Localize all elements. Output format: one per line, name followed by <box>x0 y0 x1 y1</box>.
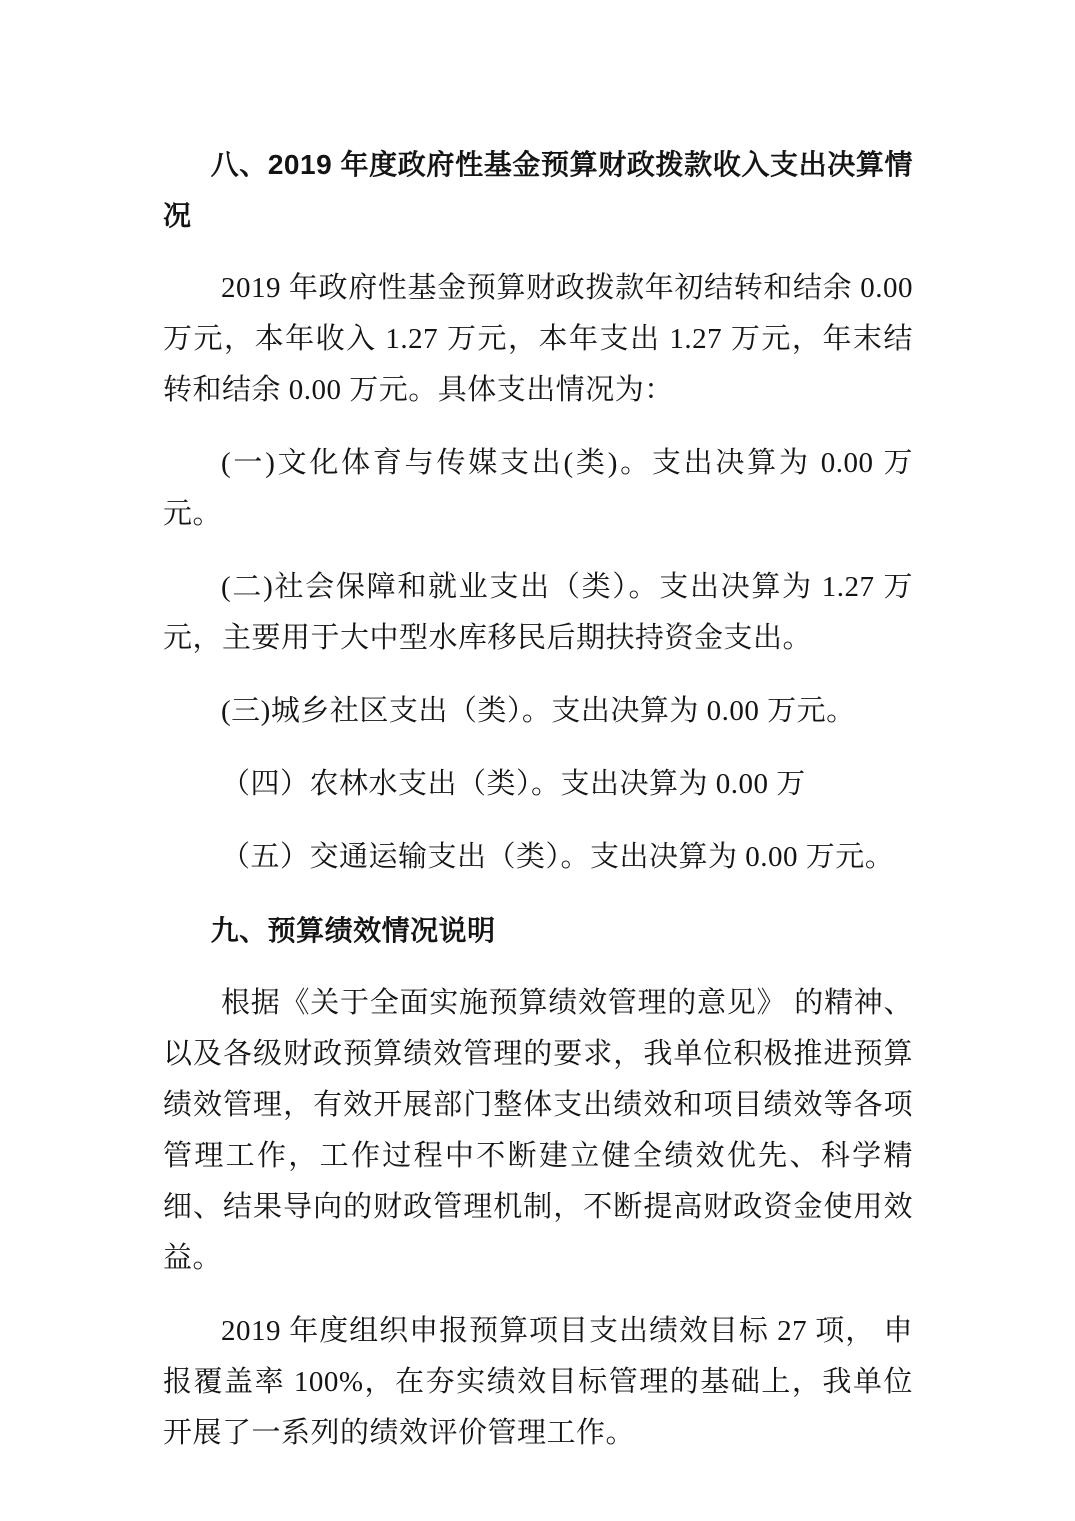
document-page: 八、2019 年度政府性基金预算财政拨款收入支出决算情况 2019 年政府性基金… <box>0 0 1075 1521</box>
section8-item-5: （五）交通运输支出（类）。支出决算为 0.00 万元。 <box>163 832 913 883</box>
section9-heading: 九、预算绩效情况说明 <box>163 905 913 956</box>
section8-item-3: (三)城乡社区支出（类）。支出决算为 0.00 万元。 <box>163 686 913 737</box>
section8-item-2: (二)社会保障和就业支出（类）。支出决算为 1.27 万元，主要用于大中型水库移… <box>163 562 913 664</box>
section9-paragraph-2: 2019 年度组织申报预算项目支出绩效目标 27 项， 申报覆盖率 100%，在… <box>163 1306 913 1459</box>
section8-heading: 八、2019 年度政府性基金预算财政拨款收入支出决算情况 <box>163 139 913 241</box>
section8-item-1: (一)文化体育与传媒支出(类)。支出决算为 0.00 万元。 <box>163 438 913 540</box>
section9-paragraph-1: 根据《关于全面实施预算绩效管理的意见》 的精神、以及各级财政预算绩效管理的要求，… <box>163 978 913 1284</box>
section8-item-4: （四）农林水支出（类）。支出决算为 0.00 万 <box>163 759 913 810</box>
section8-intro-paragraph: 2019 年政府性基金预算财政拨款年初结转和结余 0.00 万元，本年收入 1.… <box>163 263 913 416</box>
